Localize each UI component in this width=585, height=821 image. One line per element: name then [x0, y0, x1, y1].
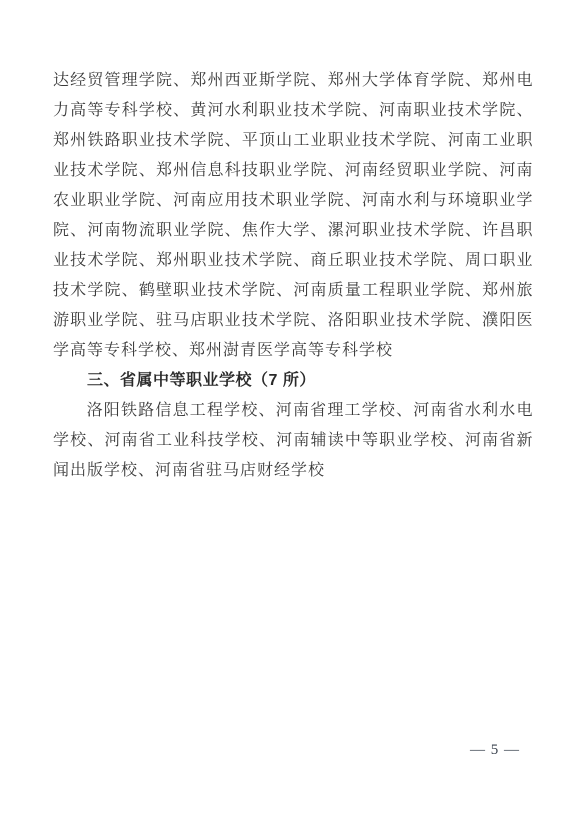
text-line: 业技术学院、郑州职业技术学院、商丘职业技术学院、周口职业 [53, 246, 533, 276]
text-line: 院、河南物流职业学院、焦作大学、漯河职业技术学院、许昌职 [53, 216, 533, 246]
text-line: 农业职业学院、河南应用技术职业学院、河南水利与环境职业学 [53, 186, 533, 216]
text-line: 力高等专科学校、黄河水利职业技术学院、河南职业技术学院、 [53, 96, 533, 126]
text-line: 学校、河南省工业科技学校、河南辅读中等职业学校、河南省新 [53, 426, 533, 456]
text-line: 学高等专科学校、郑州澍青医学高等专科学校 [53, 336, 533, 366]
text-line: 达经贸管理学院、郑州西亚斯学院、郑州大学体育学院、郑州电 [53, 66, 533, 96]
text-line: 游职业学院、驻马店职业技术学院、洛阳职业技术学院、濮阳医 [53, 306, 533, 336]
section-heading-provincial-secondary-schools: 三、省属中等职业学校（7 所） [53, 366, 533, 396]
paragraph-higher-vocational-colleges: 达经贸管理学院、郑州西亚斯学院、郑州大学体育学院、郑州电力高等专科学校、黄河水利… [53, 66, 533, 366]
paragraph-provincial-secondary-schools: 洛阳铁路信息工程学校、河南省理工学校、河南省水利水电学校、河南省工业科技学校、河… [53, 396, 533, 486]
text-line: 洛阳铁路信息工程学校、河南省理工学校、河南省水利水电 [53, 396, 533, 426]
document-body: 达经贸管理学院、郑州西亚斯学院、郑州大学体育学院、郑州电力高等专科学校、黄河水利… [53, 66, 533, 486]
text-line: 业技术学院、郑州信息科技职业学院、河南经贸职业学院、河南 [53, 156, 533, 186]
text-line: 郑州铁路职业技术学院、平顶山工业职业技术学院、河南工业职 [53, 126, 533, 156]
page-number: — 5 — [455, 741, 535, 759]
text-line: 技术学院、鹤壁职业技术学院、河南质量工程职业学院、郑州旅 [53, 276, 533, 306]
text-line: 闻出版学校、河南省驻马店财经学校 [53, 456, 533, 486]
document-page: 达经贸管理学院、郑州西亚斯学院、郑州大学体育学院、郑州电力高等专科学校、黄河水利… [0, 0, 585, 821]
